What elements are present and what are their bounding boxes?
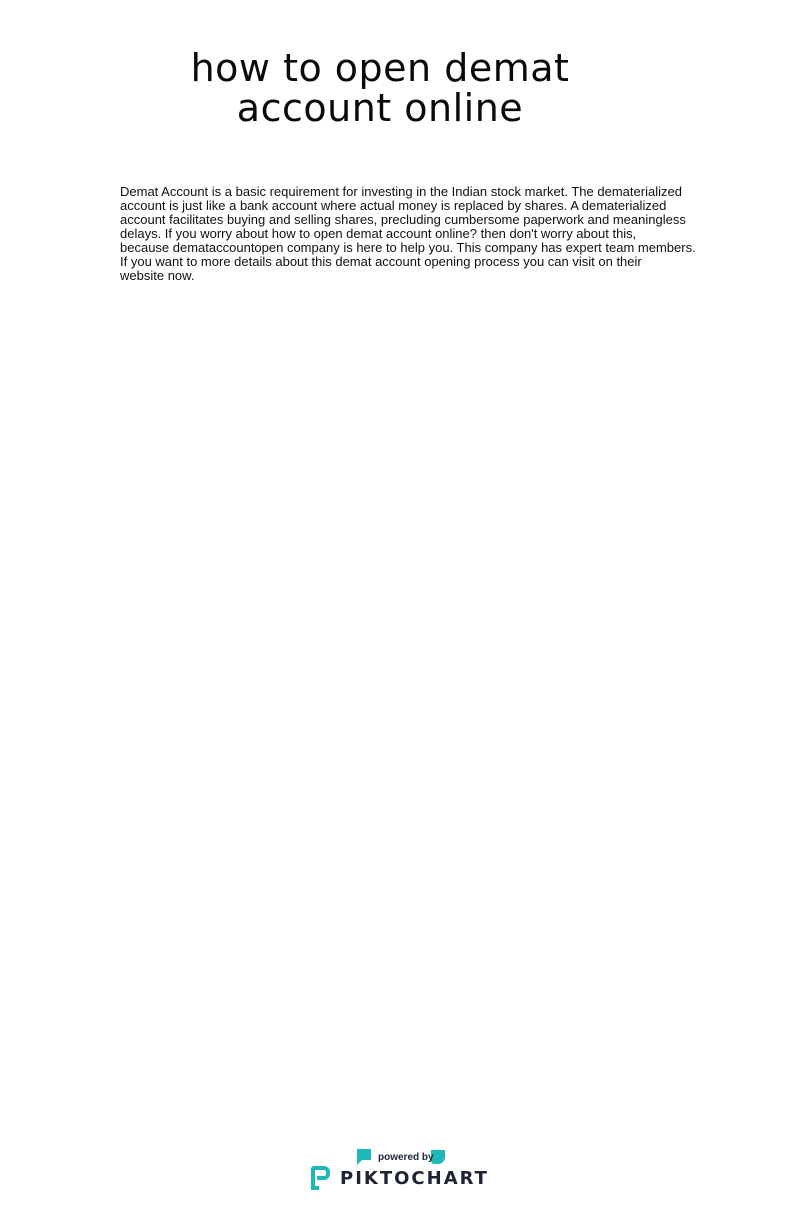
powered-by-row: powered by bbox=[356, 1148, 446, 1166]
powered-by-text: powered by bbox=[378, 1152, 434, 1163]
body-line: Demat Account is a basic requirement for… bbox=[120, 185, 720, 199]
piktochart-wordmark: PIKTOCHART bbox=[340, 1168, 489, 1190]
body-line: because demataccountopen company is here… bbox=[120, 241, 720, 255]
body-line: delays. If you worry about how to open d… bbox=[120, 227, 720, 241]
page-title: how to open demat account online bbox=[140, 48, 620, 128]
speech-flag-icon bbox=[356, 1148, 372, 1166]
title-line-2: account online bbox=[140, 88, 620, 128]
piktochart-badge[interactable]: powered by PIKTOCHART bbox=[308, 1148, 494, 1194]
title-line-1: how to open demat bbox=[140, 48, 620, 88]
body-line: account is just like a bank account wher… bbox=[120, 199, 720, 213]
body-paragraph: Demat Account is a basic requirement for… bbox=[120, 185, 720, 283]
body-line: account facilitates buying and selling s… bbox=[120, 213, 720, 227]
body-line: website now. bbox=[120, 269, 720, 283]
piktochart-p-icon bbox=[308, 1164, 332, 1192]
body-line: If you want to more details about this d… bbox=[120, 255, 720, 269]
